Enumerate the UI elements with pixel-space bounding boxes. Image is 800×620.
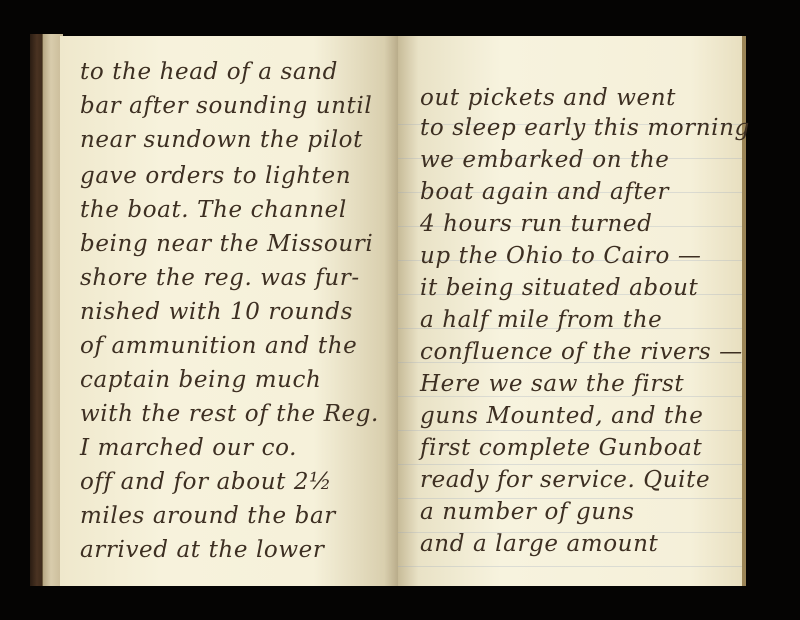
left-line-15: arrived at the lower bbox=[80, 536, 324, 564]
right-line-5: 4 hours run turned bbox=[420, 210, 652, 238]
right-line-7: it being situated about bbox=[420, 274, 698, 302]
left-line-13: off and for about 2½ bbox=[80, 468, 332, 496]
right-line-15: and a large amount bbox=[420, 530, 658, 558]
left-line-9: of ammunition and the bbox=[80, 332, 357, 360]
right-line-2: to sleep early this morning bbox=[420, 114, 750, 142]
left-line-5: the boat. The channel bbox=[80, 196, 347, 224]
right-line-3: we embarked on the bbox=[420, 146, 669, 174]
left-line-10: captain being much bbox=[80, 366, 321, 394]
left-line-6: being near the Missouri bbox=[80, 230, 373, 258]
right-line-10: Here we saw the first bbox=[420, 370, 684, 398]
right-line-13: ready for service. Quite bbox=[420, 466, 710, 494]
left-line-8: nished with 10 rounds bbox=[80, 298, 353, 326]
left-line-2: bar after sounding until bbox=[80, 92, 372, 120]
left-line-7: shore the reg. was fur- bbox=[80, 264, 360, 292]
left-line-3: near sundown the pilot bbox=[80, 126, 363, 154]
right-line-9: confluence of the rivers — bbox=[420, 338, 743, 366]
left-line-11: with the rest of the Reg. bbox=[80, 400, 379, 428]
left-line-1: to the head of a sand bbox=[80, 58, 338, 86]
right-line-1: out pickets and went bbox=[420, 84, 676, 112]
right-line-14: a number of guns bbox=[420, 498, 635, 526]
left-line-14: miles around the bar bbox=[80, 502, 336, 530]
left-line-4: gave orders to lighten bbox=[80, 162, 351, 190]
right-line-6: up the Ohio to Cairo — bbox=[420, 242, 701, 270]
right-line-12: first complete Gunboat bbox=[420, 434, 702, 462]
left-line-12: I marched our co. bbox=[80, 434, 297, 462]
right-line-8: a half mile from the bbox=[420, 306, 662, 334]
right-line-11: guns Mounted, and the bbox=[420, 402, 704, 430]
right-line-4: boat again and after bbox=[420, 178, 669, 206]
